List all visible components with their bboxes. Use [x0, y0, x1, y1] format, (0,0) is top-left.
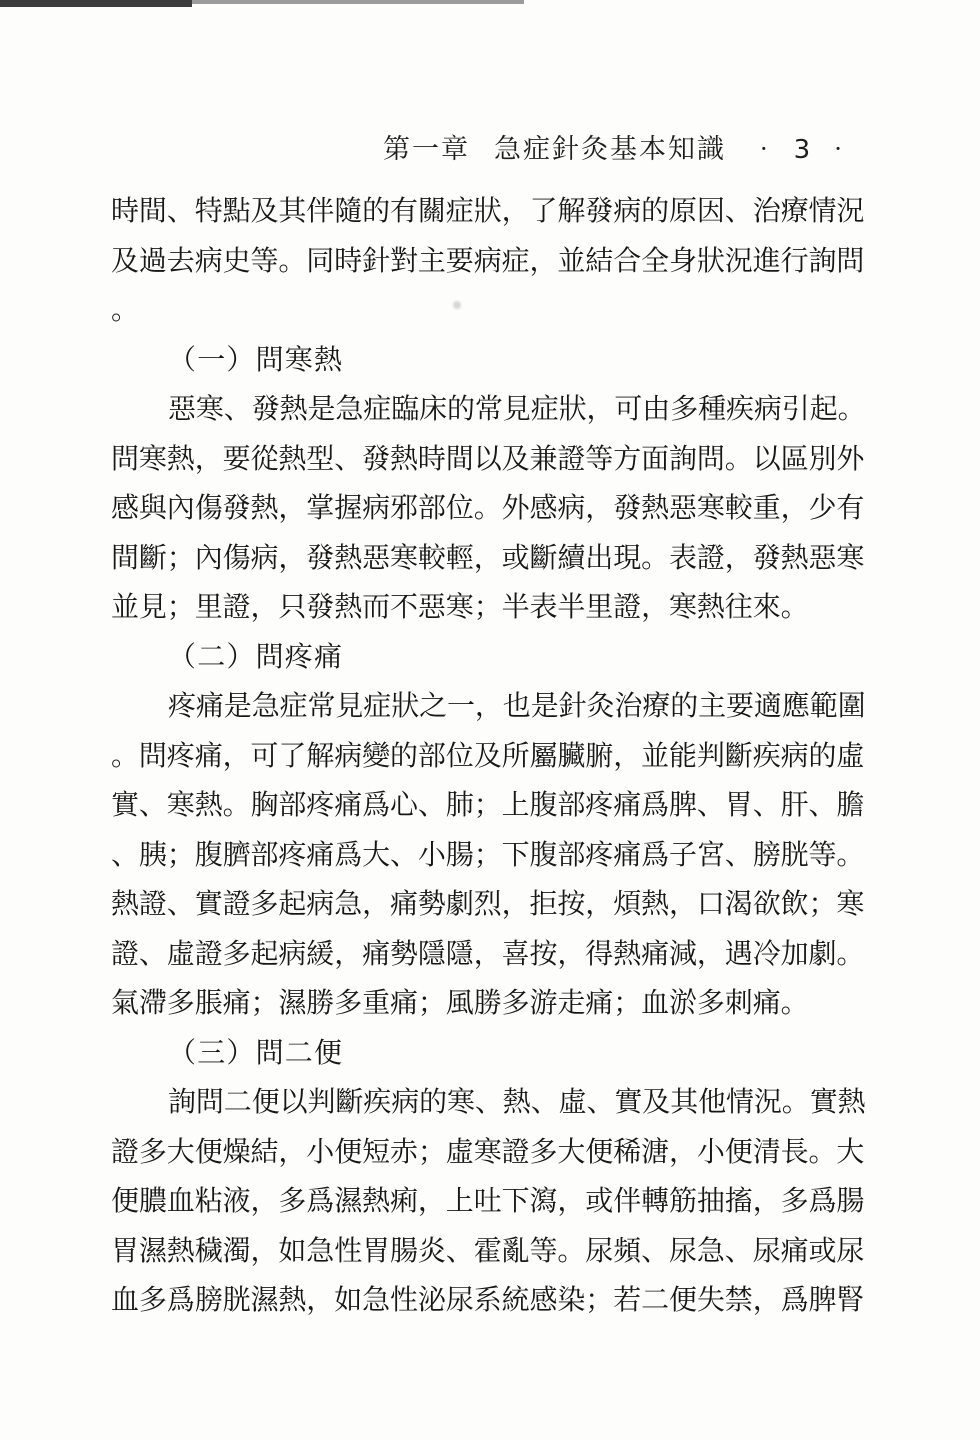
chapter-label: 第一章 — [383, 134, 470, 165]
text-line: 實、寒熱。胸部疼痛爲心、肺；上腹部疼痛爲脾、胃、肝、膽 — [111, 780, 871, 830]
text-line: 血多爲膀胱濕熱，如急性泌尿系統感染；若二便失禁，爲脾腎 — [111, 1275, 871, 1325]
text-line: 。問疼痛，可了解病變的部位及所屬臟腑，並能判斷疾病的虛 — [111, 731, 871, 781]
text-line: 熱證、實證多起病急，痛勢劇烈，拒按，煩熱，口渴欲飲；寒 — [111, 879, 871, 929]
text-line: 並見；里證，只發熱而不惡寒；半表半里證，寒熱往來。 — [111, 582, 871, 632]
text-line: 氣滯多脹痛；濕勝多重痛；風勝多游走痛；血淤多刺痛。 — [111, 978, 871, 1028]
text-line: 間斷；內傷病，發熱惡寒較輕，或斷續出現。表證，發熱惡寒 — [111, 533, 871, 583]
text-line: 問寒熱，要從熱型、發熱時間以及兼證等方面詢問。以區別外 — [111, 434, 871, 484]
text-line: 證、虛證多起病緩，痛勢隱隱，喜按，得熱痛減，遇冷加劇。 — [111, 929, 871, 979]
page-body: 時間、特點及其伴隨的有關症狀，了解發病的原因、治療情況及過去病史等。同時針對主要… — [111, 186, 871, 1325]
scan-artifact-bar — [0, 0, 192, 7]
text-line: 詢問二便以判斷疾病的寒、熱、虛、實及其他情況。實熱 — [111, 1077, 871, 1127]
text-line: 疼痛是急症常見症狀之一，也是針灸治療的主要適應範圍 — [111, 681, 871, 731]
text-line: 、胰；腹臍部疼痛爲大、小腸；下腹部疼痛爲子宮、膀胱等。 — [111, 830, 871, 880]
section-heading: （三）問二便 — [111, 1028, 871, 1078]
section-heading: （一）問寒熱 — [111, 335, 871, 385]
text-line: 及過去病史等。同時針對主要病症，並結合全身狀況進行詢問 — [111, 236, 871, 286]
text-line: 時間、特點及其伴隨的有關症狀，了解發病的原因、治療情況 — [111, 186, 871, 236]
scan-artifact-bar — [192, 0, 524, 4]
text-line: 感與內傷發熱，掌握病邪部位。外感病，發熱惡寒較重，少有 — [111, 483, 871, 533]
text-line: 證多大便燥結，小便短赤；虛寒證多大便稀溏，小便清長。大 — [111, 1127, 871, 1177]
text-line: 。 — [111, 285, 871, 335]
text-line: 惡寒、發熱是急症臨床的常見症狀，可由多種疾病引起。 — [111, 384, 871, 434]
page-number-dot-left: · — [760, 135, 770, 163]
chapter-title: 急症針灸基本知識 — [494, 134, 726, 165]
text-line: 便膿血粘液，多爲濕熱痢，上吐下瀉，或伴轉筋抽搐，多爲腸 — [111, 1176, 871, 1226]
page-number: 3 — [794, 135, 811, 165]
book-page: 第一章急症針灸基本知識·3· 時間、特點及其伴隨的有關症狀，了解發病的原因、治療… — [0, 0, 980, 1440]
section-heading: （二）問疼痛 — [111, 632, 871, 682]
text-line: 胃濕熱穢濁，如急性胃腸炎、霍亂等。尿頻、尿急、尿痛或尿 — [111, 1226, 871, 1276]
page-number-dot-right: · — [834, 135, 844, 163]
